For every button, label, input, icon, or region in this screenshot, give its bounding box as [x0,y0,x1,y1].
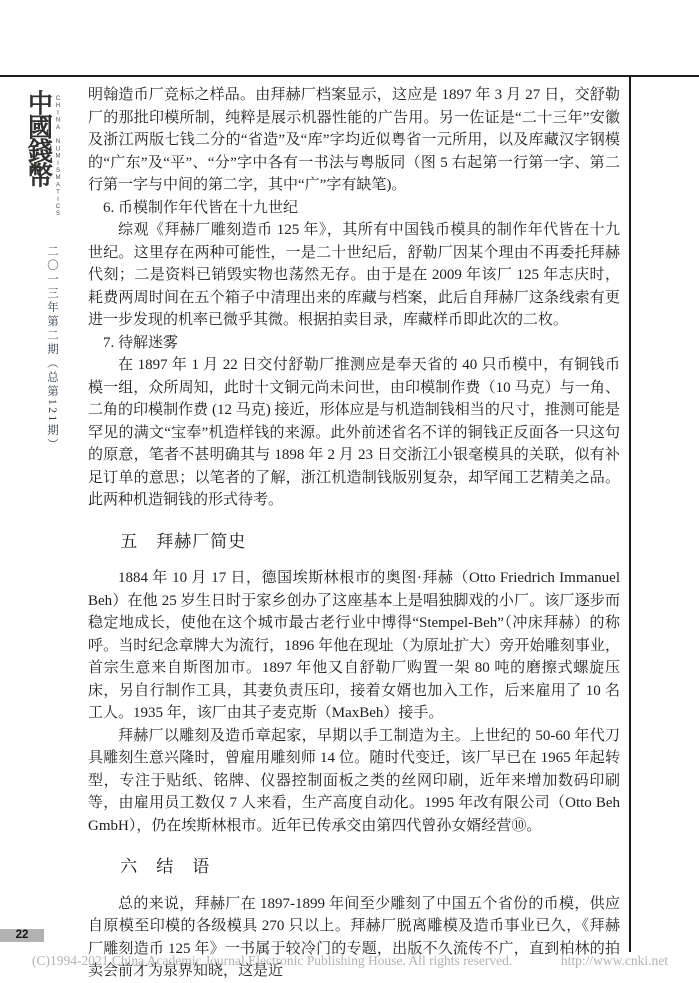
paragraph: 1884 年 10 月 17 日，德国埃斯林根市的奥图·拜赫（Otto Frie… [88,567,620,725]
paragraph: 综观《拜赫厂雕刻造币 125 年》，其所有中国钱币模具的制作年代皆在十九世纪。这… [88,219,620,332]
journal-logo-subtitle: CHINA NUMISMATICS [55,96,61,218]
paragraph: 拜赫厂以雕刻及造币章起家，早期以手工制造为主。上世纪的 50-60 年代刀具雕刻… [88,725,620,838]
footer-copyright: (C)1994-2021 China Academic Journal Elec… [32,953,512,969]
journal-logo-characters: 中國錢幣 [28,93,53,218]
right-rule-divider [629,75,631,952]
top-rule-divider [0,75,699,77]
article-body: 明翰造币厂竞标之样品。由拜赫厂档案显示，这应是 1897 年 3 月 27 日，… [88,84,620,983]
paragraph: 总的来说，拜赫厂在 1897-1899 年间至少雕刻了中国五个省份的币模，供应自… [88,893,620,983]
journal-logo: 中國錢幣 CHINA NUMISMATICS [28,93,61,218]
journal-page: 中國錢幣 CHINA NUMISMATICS 二〇一三年第二期（总第121期） … [0,0,699,983]
paragraph: 明翰造币厂竞标之样品。由拜赫厂档案显示，这应是 1897 年 3 月 27 日，… [88,84,620,197]
subsection-heading: 6. 币模制作年代皆在十九世纪 [88,197,620,220]
page-number-badge: 22 [0,929,44,942]
issue-info-vertical-text: 二〇一三年第二期（总第121期） [44,245,60,452]
section-heading: 六 结 语 [88,856,620,879]
section-heading: 五 拜赫厂简史 [88,531,620,554]
logo-character: 幣 [28,165,53,190]
footer-url: http://www.cnki.net [561,953,668,969]
subsection-heading: 7. 待解迷雾 [88,332,620,355]
paragraph: 在 1897 年 1 月 22 日交付舒勒厂推测应是奉天省的 40 只币模中，有… [88,354,620,512]
footer: (C)1994-2021 China Academic Journal Elec… [32,953,668,969]
